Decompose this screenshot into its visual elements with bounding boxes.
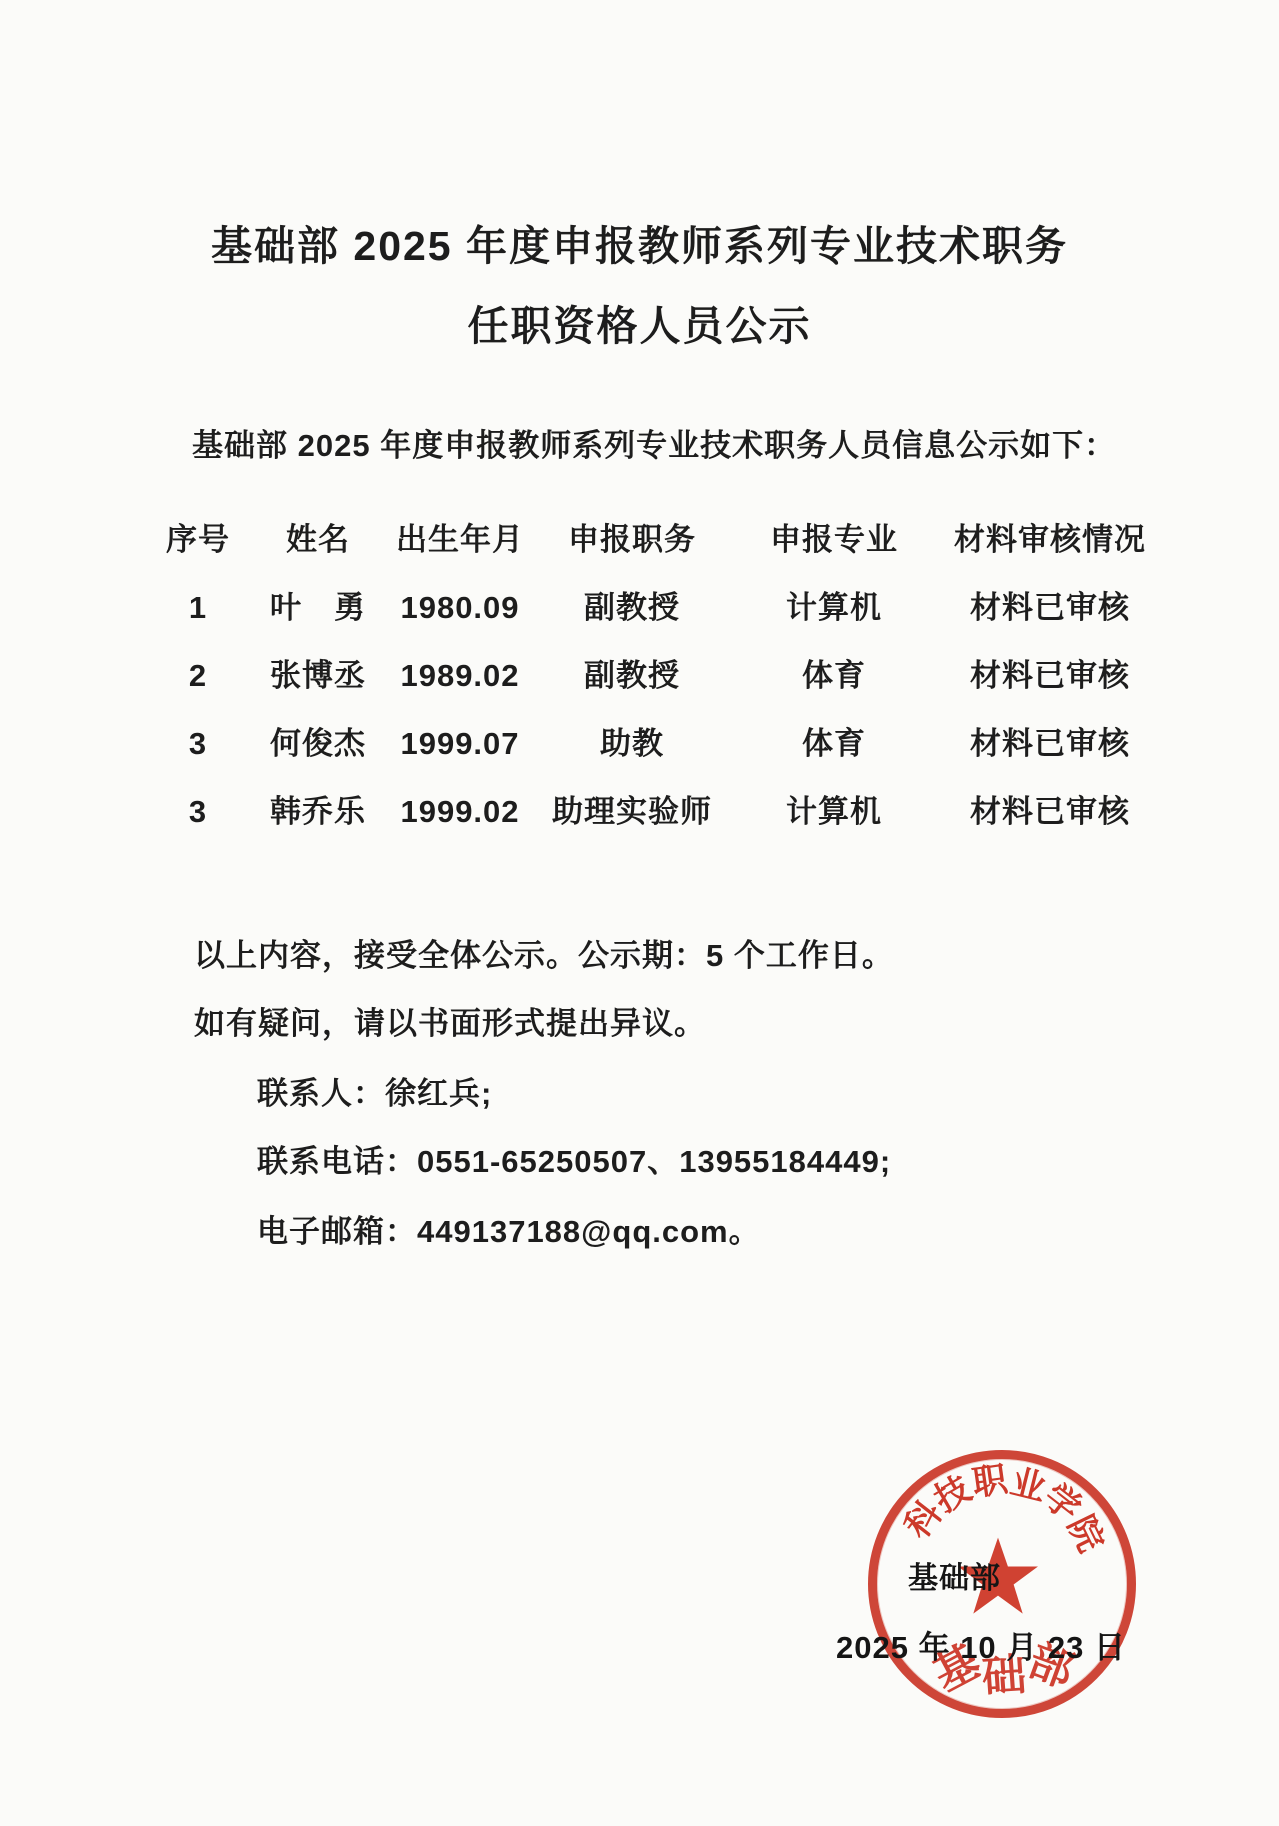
column-header-birth: 出生年月 [390, 520, 530, 560]
table-row: 3 韩乔乐 1999.02 助理实验师 计算机 材料已审核 [0, 792, 1279, 832]
notice-paragraph: 以上内容，接受全体公示。公示期：5 个工作日。 [194, 930, 894, 975]
cell-position: 助理实验师 [540, 792, 724, 832]
cell-birth: 1989.02 [390, 656, 530, 696]
cell-birth: 1999.07 [390, 724, 530, 764]
cell-serial: 3 [150, 792, 246, 832]
cell-major: 体育 [754, 656, 914, 696]
cell-position: 助教 [540, 724, 724, 764]
cell-major: 计算机 [754, 792, 914, 832]
contact-email-line: 电子邮箱：449137188@qq.com。 [257, 1206, 761, 1251]
cell-review: 材料已审核 [940, 792, 1160, 832]
column-header-review: 材料审核情况 [940, 520, 1160, 560]
cell-serial: 3 [150, 724, 246, 764]
cell-review: 材料已审核 [940, 724, 1160, 764]
cell-name: 韩乔乐 [248, 792, 388, 832]
date-line: 2025 年 10 月 23 日 [836, 1622, 1126, 1667]
column-header-serial: 序号 [150, 520, 246, 560]
cell-review: 材料已审核 [940, 588, 1160, 628]
cell-birth: 1999.02 [390, 792, 530, 832]
cell-serial: 1 [150, 588, 246, 628]
cell-birth: 1980.09 [390, 588, 530, 628]
intro-paragraph: 基础部 2025 年度申报教师系列专业技术职务人员信息公示如下： [192, 420, 1116, 465]
cell-name: 叶 勇 [248, 588, 388, 628]
column-header-name: 姓名 [248, 520, 388, 560]
table-row: 2 张博丞 1989.02 副教授 体育 材料已审核 [0, 656, 1279, 696]
table-row: 1 叶 勇 1980.09 副教授 计算机 材料已审核 [0, 588, 1279, 628]
cell-name: 张博丞 [248, 656, 388, 696]
contact-person-line: 联系人：徐红兵; [257, 1068, 492, 1113]
department-name: 基础部 [908, 1553, 1001, 1597]
cell-major: 计算机 [754, 588, 914, 628]
column-header-position: 申报职务 [540, 520, 724, 560]
document-title-line1: 基础部 2025 年度申报教师系列专业技术职务 [0, 213, 1279, 272]
document-title-line2: 任职资格人员公示 [0, 293, 1279, 352]
contact-phone-line: 联系电话：0551-65250507、13955184449; [257, 1136, 891, 1181]
objection-paragraph: 如有疑问，请以书面形式提出异议。 [194, 998, 706, 1043]
cell-review: 材料已审核 [940, 656, 1160, 696]
cell-major: 体育 [754, 724, 914, 764]
cell-position: 副教授 [540, 588, 724, 628]
cell-serial: 2 [150, 656, 246, 696]
table-row: 3 何俊杰 1999.07 助教 体育 材料已审核 [0, 724, 1279, 764]
column-header-major: 申报专业 [754, 520, 914, 560]
table-header-row: 序号 姓名 出生年月 申报职务 申报专业 材料审核情况 [0, 520, 1279, 560]
cell-position: 副教授 [540, 656, 724, 696]
cell-name: 何俊杰 [248, 724, 388, 764]
document-page: 基础部 2025 年度申报教师系列专业技术职务 任职资格人员公示 基础部 202… [0, 0, 1279, 1826]
